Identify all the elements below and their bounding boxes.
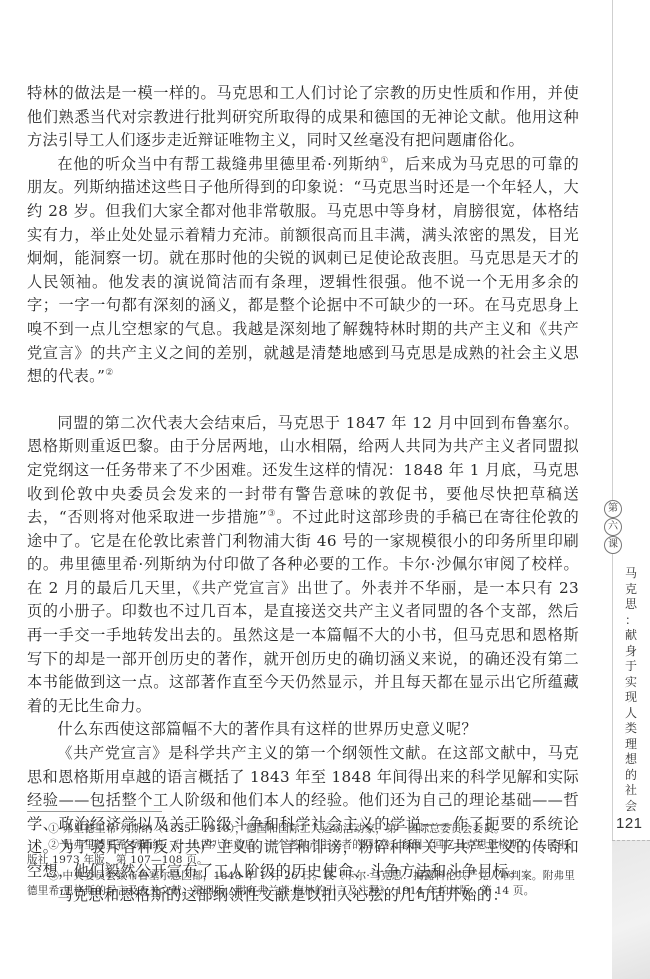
side-title-char: 思 <box>623 597 639 613</box>
margin-divider <box>612 0 613 840</box>
side-title-char: 实 <box>623 675 639 691</box>
side-title-char: 想 <box>623 752 639 768</box>
paragraph: 在他的听众当中有帮工裁缝弗里德里希·列斯纳①，后来成为马克思的可靠的朋友。列斯纳… <box>27 153 579 389</box>
side-title-char: 于 <box>623 659 639 675</box>
paragraph-text: 。不过此时这部珍贵的手稿已在寄往伦敦的途中了。它是在伦敦比索普门利物浦大街 46… <box>27 508 579 715</box>
paragraph-text: ，后来成为马克思的可靠的朋友。列斯纳描述这些日子他所得到的印象说：“马克思当时还… <box>27 155 579 385</box>
side-title-char: 社 <box>623 783 639 799</box>
side-title-char: 献 <box>623 628 639 644</box>
side-title-char: 身 <box>623 644 639 660</box>
footnote-divider <box>27 811 162 812</box>
paragraph-text: 在他的听众当中有帮工裁缝弗里德里希·列斯纳 <box>57 155 380 173</box>
side-title-char: ： <box>623 613 639 629</box>
lesson-badge-char: 第 <box>604 500 622 518</box>
footnote-ref[interactable]: ③ <box>267 509 276 519</box>
side-title-char: 克 <box>623 582 639 598</box>
paragraph: 特林的做法是一模一样的。马克思和工人们讨论了宗教的历史性质和作用，并使他们熟悉当… <box>27 82 579 153</box>
side-title-char: 会 <box>623 799 639 815</box>
side-title-char: 现 <box>623 690 639 706</box>
footnote: ① 弗里德里希·列斯纳（1825—1910），德国和国际工人运动活动家，第一国际… <box>27 822 579 838</box>
main-text: 特林的做法是一模一样的。马克思和工人们讨论了宗教的历史性质和作用，并使他们熟悉当… <box>27 82 579 907</box>
side-title-char: 理 <box>623 737 639 753</box>
footnote-ref[interactable]: ① <box>380 156 389 166</box>
side-title-char: 的 <box>623 768 639 784</box>
paragraph: 什么东西使这部篇幅不大的著作具有这样的世界历史意义呢？ <box>27 718 579 742</box>
page-edge-shading <box>612 840 650 979</box>
side-title-char: 类 <box>623 721 639 737</box>
side-title-char: 人 <box>623 706 639 722</box>
footnote: ③ 中央委员会致布鲁塞尔总区部，1848 年 1 月 26 日。载《卡尔·马克思… <box>27 869 579 900</box>
side-title-char: 马 <box>623 566 639 582</box>
page-number: 121 <box>616 815 643 832</box>
chapter-side-title: 马 克 思 ： 献 身 于 实 现 人 类 理 想 的 社 会 <box>623 566 639 814</box>
lesson-badge-char: 课 <box>604 536 622 554</box>
footnote-ref[interactable]: ② <box>105 368 113 378</box>
footnotes: ① 弗里德里希·列斯纳（1825—1910），德国和国际工人运动活动家，第一国际… <box>27 822 579 900</box>
footnote: ② 见弗里德里希·列斯纳：《一八四八年前后。一个老共产主义者的回忆》。参阅《回忆… <box>27 838 579 869</box>
paragraph: 同盟的第二次代表大会结束后，马克思于 1847 年 12 月中回到布鲁塞尔。恩格… <box>27 412 579 719</box>
lesson-badge-char: 六 <box>604 518 622 536</box>
